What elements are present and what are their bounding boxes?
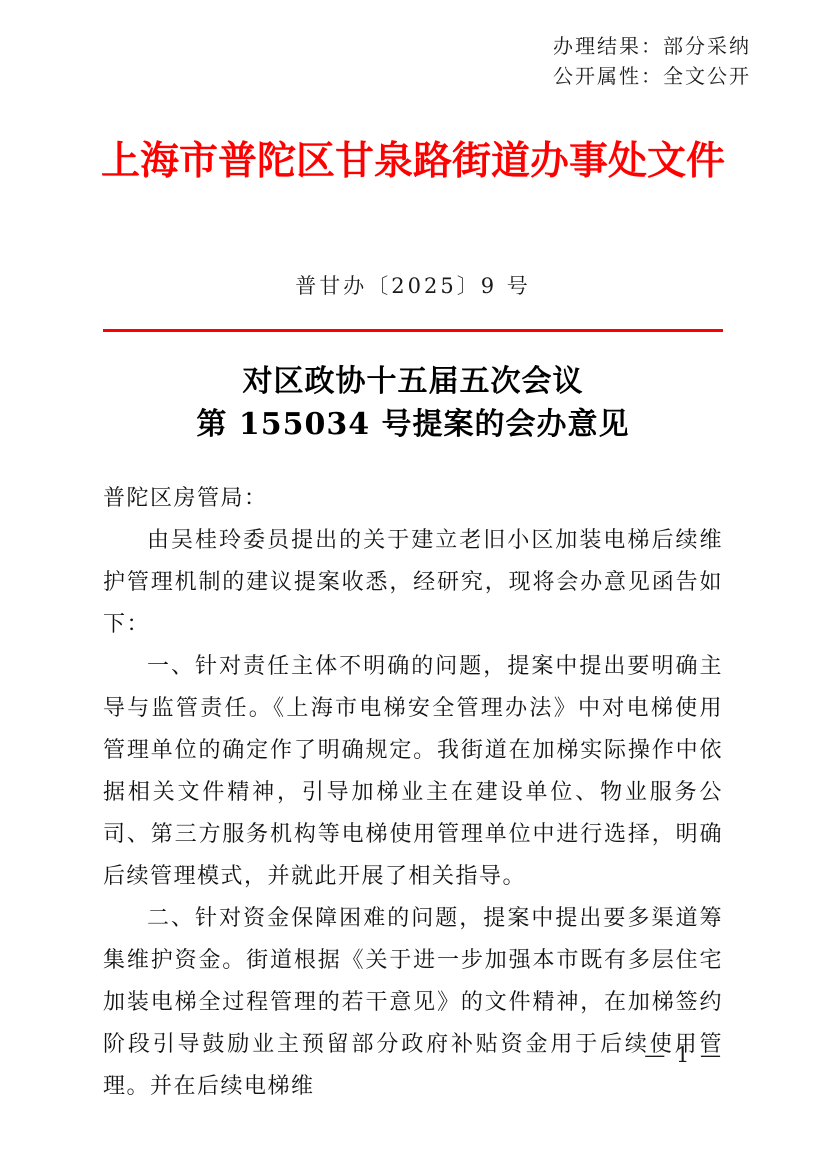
handling-result: 办理结果：部分采纳 <box>553 31 751 61</box>
document-meta-block: 办理结果：部分采纳 公开属性：全文公开 <box>553 31 751 91</box>
page-number: — 1 — <box>644 1040 723 1070</box>
body-paragraph: 一、针对责任主体不明确的问题，提案中提出要明确主导与监管责任。《上海市电梯安全管… <box>103 646 723 898</box>
document-title-line1: 对区政协十五届五次会议 <box>0 360 826 403</box>
red-separator-line <box>103 329 723 332</box>
document-body: 普陀区房管局： 由吴桂玲委员提出的关于建立老旧小区加装电梯后续维护管理机制的建议… <box>103 478 723 1108</box>
document-page: 办理结果：部分采纳 公开属性：全文公开 上海市普陀区甘泉路街道办事处文件 普甘办… <box>0 0 826 1169</box>
body-paragraph: 二、针对资金保障困难的问题，提案中提出要多渠道筹集维护资金。街道根据《关于进一步… <box>103 898 723 1108</box>
body-paragraph: 由吴桂玲委员提出的关于建立老旧小区加装电梯后续维护管理机制的建议提案收悉，经研究… <box>103 520 723 646</box>
salutation: 普陀区房管局： <box>103 478 723 520</box>
publicity-attribute: 公开属性：全文公开 <box>553 61 751 91</box>
document-title: 对区政协十五届五次会议 第 155034 号提案的会办意见 <box>0 360 826 446</box>
document-number: 普甘办〔2025〕9 号 <box>0 271 826 301</box>
red-letterhead-title: 上海市普陀区甘泉路街道办事处文件 <box>0 138 826 186</box>
document-title-line2: 第 155034 号提案的会办意见 <box>0 403 826 446</box>
